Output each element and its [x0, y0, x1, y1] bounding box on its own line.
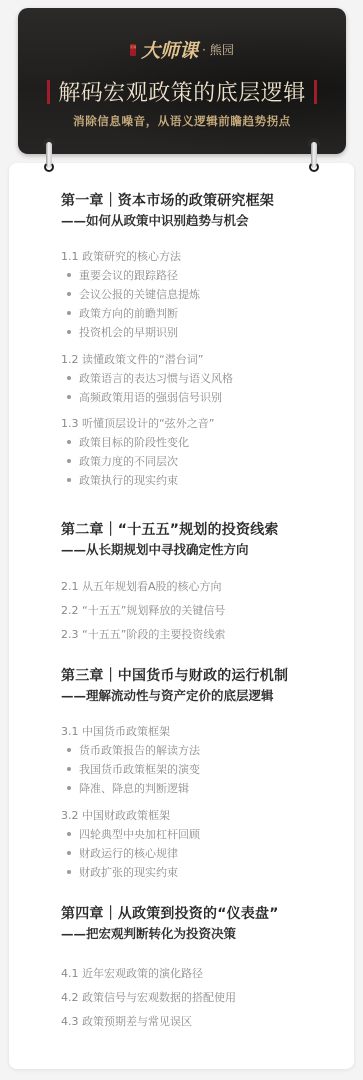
list-item: 政策力度的不同层次 [61, 452, 214, 471]
list-item: 高频政策用语的强弱信号识别 [61, 388, 233, 407]
bullet-icon [67, 851, 71, 855]
bullet-icon [67, 376, 71, 380]
course-title: 解码宏观政策的底层逻辑 [58, 76, 306, 107]
chapter-2-sections: 2.1 从五年规划看A股的核心方向 2.2 “十五五”规划释放的关键信号 2.3… [61, 575, 225, 647]
section-label: 1.2 读懂政策文件的“潜台词” [61, 351, 233, 369]
bullet-icon [67, 786, 71, 790]
bullet-icon [67, 292, 71, 296]
course-outline-page: 见闻 大师课 · 熊园 解码宏观政策的底层逻辑 消除信息噪音，从语义逻辑前瞻趋势… [0, 0, 363, 1080]
section-1-1: 1.1 政策研究的核心方法 重要会议的跟踪路径 会议公报的关键信息提炼 政策方向… [61, 248, 200, 342]
chapter-title: 第二章｜“十五五”规划的投资线索 [61, 520, 279, 540]
chapter-subtitle: ——如何从政策中识别趋势与机会 [61, 211, 274, 231]
bullet-icon [67, 311, 71, 315]
partner-name: 熊园 [210, 41, 234, 58]
chapter-3-heading: 第三章｜中国货币与财政的运行机制 ——理解流动性与资产定价的底层逻辑 [61, 666, 288, 706]
bullet-icon [67, 478, 71, 482]
chapter-subtitle: ——把宏观判断转化为投资决策 [61, 924, 279, 944]
brand-row: 见闻 大师课 · 熊园 [18, 36, 346, 63]
list-item: 政策语言的表达习惯与语义风格 [61, 369, 233, 388]
right-ring-icon [308, 138, 320, 174]
bullet-icon [67, 440, 71, 444]
chapter-title: 第三章｜中国货币与财政的运行机制 [61, 666, 288, 686]
list-item: 货币政策报告的解读方法 [61, 741, 200, 760]
bullet-icon [67, 395, 71, 399]
list-item: 财政运行的核心规律 [61, 844, 200, 863]
list-item: 政策执行的现实约束 [61, 471, 214, 490]
section-3-1: 3.1 中国货币政策框架 货币政策报告的解读方法 我国货币政策框架的演变 降准、… [61, 723, 200, 798]
left-ring-icon [43, 138, 55, 174]
chapter-title: 第一章｜资本市场的政策研究框架 [61, 191, 274, 211]
brand-logo: 大师课 [141, 36, 198, 63]
section-label: 1.1 政策研究的核心方法 [61, 248, 200, 266]
bullet-icon [67, 459, 71, 463]
title-right-bar [314, 80, 317, 104]
list-item: 会议公报的关键信息提炼 [61, 285, 200, 304]
bullet-icon [67, 273, 71, 277]
section-label: 3.2 中国财政政策框架 [61, 807, 200, 825]
brand-separator: · [202, 43, 206, 57]
chapter-2-heading: 第二章｜“十五五”规划的投资线索 ——从长期规划中寻找确定性方向 [61, 520, 279, 560]
bullet-icon [67, 330, 71, 334]
list-item: 降准、降息的判断逻辑 [61, 779, 200, 798]
section-label: 4.2 政策信号与宏观数据的搭配使用 [61, 986, 236, 1010]
chapter-1-heading: 第一章｜资本市场的政策研究框架 ——如何从政策中识别趋势与机会 [61, 191, 274, 231]
section-3-2: 3.2 中国财政政策框架 四轮典型中央加杠杆回顾 财政运行的核心规律 财政扩张的… [61, 807, 200, 882]
list-item: 政策目标的阶段性变化 [61, 433, 214, 452]
chapter-subtitle: ——理解流动性与资产定价的底层逻辑 [61, 686, 288, 706]
section-1-2: 1.2 读懂政策文件的“潜台词” 政策语言的表达习惯与语义风格 高频政策用语的强… [61, 351, 233, 407]
course-subtitle: 消除信息噪音，从语义逻辑前瞻趋势拐点 [18, 113, 346, 129]
section-label: 2.3 “十五五”阶段的主要投资线索 [61, 623, 225, 647]
header-banner: 见闻 大师课 · 熊园 解码宏观政策的底层逻辑 消除信息噪音，从语义逻辑前瞻趋势… [18, 8, 346, 154]
bullet-icon [67, 748, 71, 752]
chapter-4-sections: 4.1 近年宏观政策的演化路径 4.2 政策信号与宏观数据的搭配使用 4.3 政… [61, 962, 236, 1034]
section-label: 2.2 “十五五”规划释放的关键信号 [61, 599, 225, 623]
section-1-3: 1.3 听懂顶层设计的“弦外之音” 政策目标的阶段性变化 政策力度的不同层次 政… [61, 415, 214, 490]
chapter-title: 第四章｜从政策到投资的“仪表盘” [61, 904, 279, 924]
list-item: 财政扩张的现实约束 [61, 863, 200, 882]
section-label: 4.1 近年宏观政策的演化路径 [61, 962, 236, 986]
list-item: 我国货币政策框架的演变 [61, 760, 200, 779]
list-item: 四轮典型中央加杠杆回顾 [61, 825, 200, 844]
brand-seal-icon: 见闻 [130, 44, 136, 56]
list-item: 重要会议的跟踪路径 [61, 266, 200, 285]
title-left-bar [47, 80, 50, 104]
bullet-icon [67, 870, 71, 874]
chapter-4-heading: 第四章｜从政策到投资的“仪表盘” ——把宏观判断转化为投资决策 [61, 904, 279, 944]
section-label: 1.3 听懂顶层设计的“弦外之音” [61, 415, 214, 433]
course-title-row: 解码宏观政策的底层逻辑 [18, 76, 346, 107]
section-label: 2.1 从五年规划看A股的核心方向 [61, 575, 225, 599]
section-label: 4.3 政策预期差与常见误区 [61, 1010, 236, 1034]
list-item: 投资机会的早期识别 [61, 323, 200, 342]
chapter-subtitle: ——从长期规划中寻找确定性方向 [61, 540, 279, 560]
bullet-icon [67, 767, 71, 771]
section-label: 3.1 中国货币政策框架 [61, 723, 200, 741]
bullet-icon [67, 832, 71, 836]
list-item: 政策方向的前瞻判断 [61, 304, 200, 323]
